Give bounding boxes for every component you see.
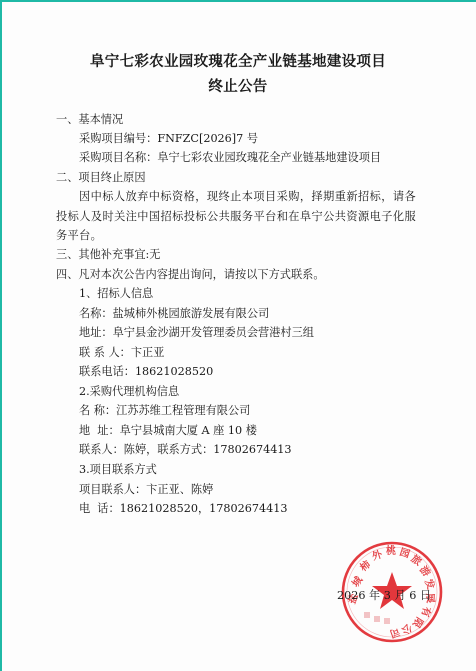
section-heading-other-matters: 三、其他补充事宜:无 bbox=[56, 248, 160, 262]
svg-text:外: 外 bbox=[370, 547, 384, 563]
project-name: 采购项目名称：阜宁七彩农业园玫瑰花全产业链基地建设项目 bbox=[79, 151, 381, 165]
project-contact-persons: 项目联系人：卞正亚、陈婷 bbox=[79, 483, 213, 497]
agency-name: 名 称：江苏苏维工程管理有限公司 bbox=[79, 404, 250, 418]
tenderer-heading: 1、招标人信息 bbox=[79, 287, 153, 301]
tenderer-phone: 联系电话：18621028520 bbox=[79, 365, 213, 379]
svg-text:柿: 柿 bbox=[357, 558, 373, 574]
termination-reason-paragraph: 因中标人放弃中标资格，现终止本项目采购，择期重新招标，请各投标人及时关注中国招标… bbox=[56, 187, 416, 246]
document-title: 阜宁七彩农业园玫瑰花全产业链基地建设项目 bbox=[0, 50, 476, 71]
agency-contact: 联系人：陈婷，联系方式：17802674413 bbox=[79, 443, 292, 457]
section-heading-contact: 四、凡对本次公告内容提出询问，请按以下方式联系。 bbox=[56, 268, 325, 282]
project-contact-heading: 3.项目联系方式 bbox=[79, 463, 157, 477]
svg-text:游: 游 bbox=[417, 563, 433, 579]
document-subtitle: 终止公告 bbox=[0, 75, 476, 96]
svg-text:桃: 桃 bbox=[386, 544, 396, 557]
tenderer-address: 地址：阜宁县金沙湖开发管理委员会营港村三组 bbox=[79, 326, 314, 340]
section-heading-basic-info: 一、基本情况 bbox=[56, 113, 123, 127]
section-heading-termination-reason: 二、项目终止原因 bbox=[56, 171, 146, 185]
project-number: 采购项目编号：FNFZC[2026]7 号 bbox=[79, 132, 258, 146]
agency-address: 地 址：阜宁县城南大厦 A 座 10 楼 bbox=[79, 424, 257, 438]
svg-text:有: 有 bbox=[419, 605, 434, 618]
tenderer-contact: 联 系 人：卞正亚 bbox=[79, 346, 164, 360]
tenderer-name: 名称：盐城柿外桃园旅游发展有限公司 bbox=[79, 307, 269, 321]
announcement-date: 2026 年 3 月 6 日 bbox=[337, 587, 431, 603]
agency-heading: 2.采购代理机构信息 bbox=[79, 385, 179, 399]
project-contact-phone: 电 话：18621028520，17802674413 bbox=[79, 502, 287, 516]
